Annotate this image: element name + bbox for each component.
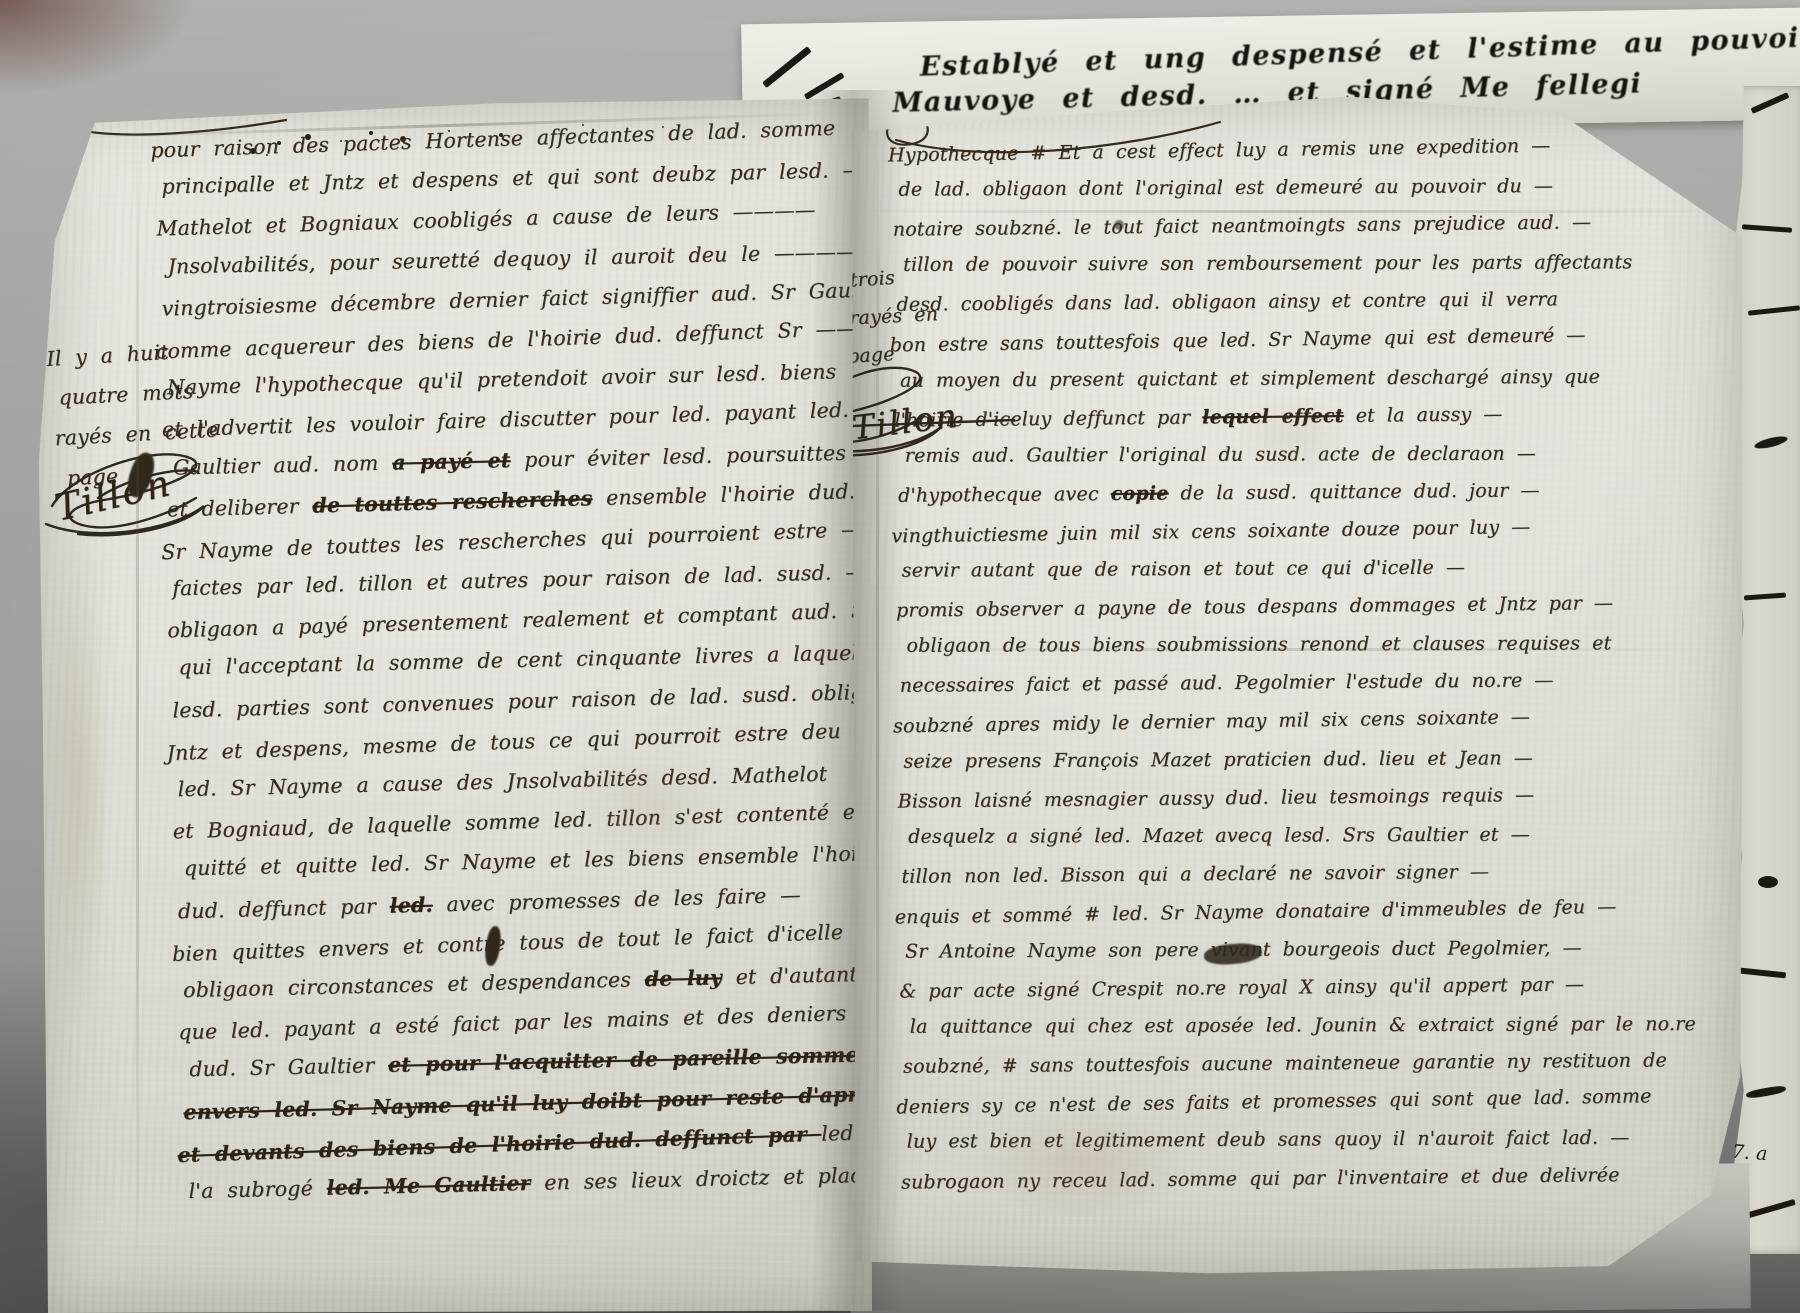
- text-run: desd. coobligés dans lad. obligaon ainsy…: [896, 289, 1558, 317]
- manuscript-line: subrogaon ny receu lad. somme qui par l'…: [901, 1163, 1697, 1209]
- ink-smear: [762, 46, 812, 88]
- text-run: soubzné, # sans touttesfois aucune maint…: [903, 1050, 1667, 1078]
- text-run: d'hypothecque avec: [898, 483, 1111, 507]
- ink-fragment: [1751, 92, 1790, 114]
- paper-crease: [862, 648, 1722, 651]
- text-run: desquelz a signé led. Mazet avecq lesd. …: [908, 823, 1530, 847]
- text-run: obligaon de tous biens soubmissions reno…: [906, 633, 1611, 657]
- text-run: necessaires faict et passé aud. Pegolmie…: [900, 670, 1554, 697]
- manuscript-line: promis observer a payne de tous despans …: [896, 591, 1692, 637]
- manuscript-scan: Establyé et ung despensé et l'estime au …: [0, 0, 1800, 1313]
- ink-fragment: [1758, 876, 1778, 888]
- manuscript-line: servir autant que de raison et tout ce q…: [902, 555, 1692, 598]
- text-run: Il y a huit: [46, 340, 170, 371]
- manuscript-line: & par acte signé Crespit no.re royal X a…: [899, 972, 1695, 1018]
- ink-fragment: [1740, 968, 1786, 979]
- manuscript-line: obligaon de tous biens soubmissions reno…: [906, 632, 1692, 673]
- ink-fragment: [1742, 224, 1792, 232]
- struck-text: copie: [1111, 482, 1169, 504]
- paper-crease: [136, 106, 139, 1296]
- paper-stain: [42, 516, 112, 1036]
- paper-crease: [862, 210, 1722, 213]
- text-run: dud. deffunct par: [178, 893, 390, 923]
- text-run: quatre mots: [58, 379, 194, 410]
- center-fold-shadow: [812, 90, 904, 1310]
- struck-text: de luy: [644, 965, 722, 991]
- ink-fragment: [1748, 305, 1800, 315]
- underlying-header-line: Establyé et ung despensé et l'estime au …: [919, 20, 1800, 82]
- manuscript-line: Sr Antoine Nayme son pere vivant bourgeo…: [905, 936, 1695, 979]
- manuscript-line: remis aud. Gaultier l'original du susd. …: [905, 442, 1691, 483]
- struck-text: led. Me Gaultier: [326, 1171, 531, 1200]
- text-run: de la susd. quittance dud. jour —: [1168, 479, 1539, 504]
- text-run: servir autant que de raison et tout ce q…: [902, 557, 1465, 582]
- ink-fragment: [1753, 434, 1788, 451]
- text-run: de lad. obligaon dont l'original est dem…: [898, 175, 1553, 201]
- ink-fragment: [1744, 1199, 1796, 1219]
- text-run: seize presens François Mazet praticien d…: [903, 747, 1533, 773]
- ink-fragment: [1744, 593, 1786, 601]
- manuscript-line: desquelz a signé led. Mazet avecq lesd. …: [908, 823, 1694, 864]
- text-run: la quittance qui chez est aposée led. Jo…: [910, 1013, 1696, 1038]
- text-run: luy est bien et legitimement deub sans q…: [907, 1127, 1630, 1153]
- edge-page-number: 7. a: [1731, 1141, 1768, 1165]
- right-page: Hypothecque # Et a cest effect luy a rem…: [852, 92, 1742, 1278]
- right-page-text-block: Hypothecque # Et a cest effect luy a rem…: [888, 135, 1697, 1209]
- ink-fragment: [1746, 1085, 1787, 1100]
- text-run: et la aussy —: [1344, 403, 1503, 427]
- manuscript-line: seize presens François Mazet praticien d…: [903, 746, 1693, 789]
- manuscript-line: luy est bien et legitimement deub sans q…: [907, 1127, 1697, 1170]
- ink-blot: [1114, 220, 1124, 230]
- struck-text: lequel effect: [1202, 405, 1344, 428]
- struck-text: led.: [389, 892, 433, 917]
- manuscript-line: notaire soubzné. le tout faict neantmoin…: [893, 211, 1689, 257]
- text-run: tillon non led. Bisson qui a declaré ne …: [901, 861, 1489, 888]
- left-page: pour raison des pactes Hortense affectan…: [38, 96, 872, 1313]
- text-run: l'a subrogé: [188, 1176, 327, 1203]
- manuscript-line: Bisson laisné mesnagier aussy dud. lieu …: [898, 782, 1694, 828]
- manuscript-line: tillon de pouvoir suivre son rembourseme…: [903, 251, 1689, 292]
- manuscript-line: la quittance qui chez est aposée led. Jo…: [910, 1013, 1696, 1054]
- text-run: tillon de pouvoir suivre son rembourseme…: [903, 252, 1632, 277]
- text-run: dud. Sr Gaultier: [189, 1053, 388, 1081]
- struck-text: a payé et: [392, 448, 511, 475]
